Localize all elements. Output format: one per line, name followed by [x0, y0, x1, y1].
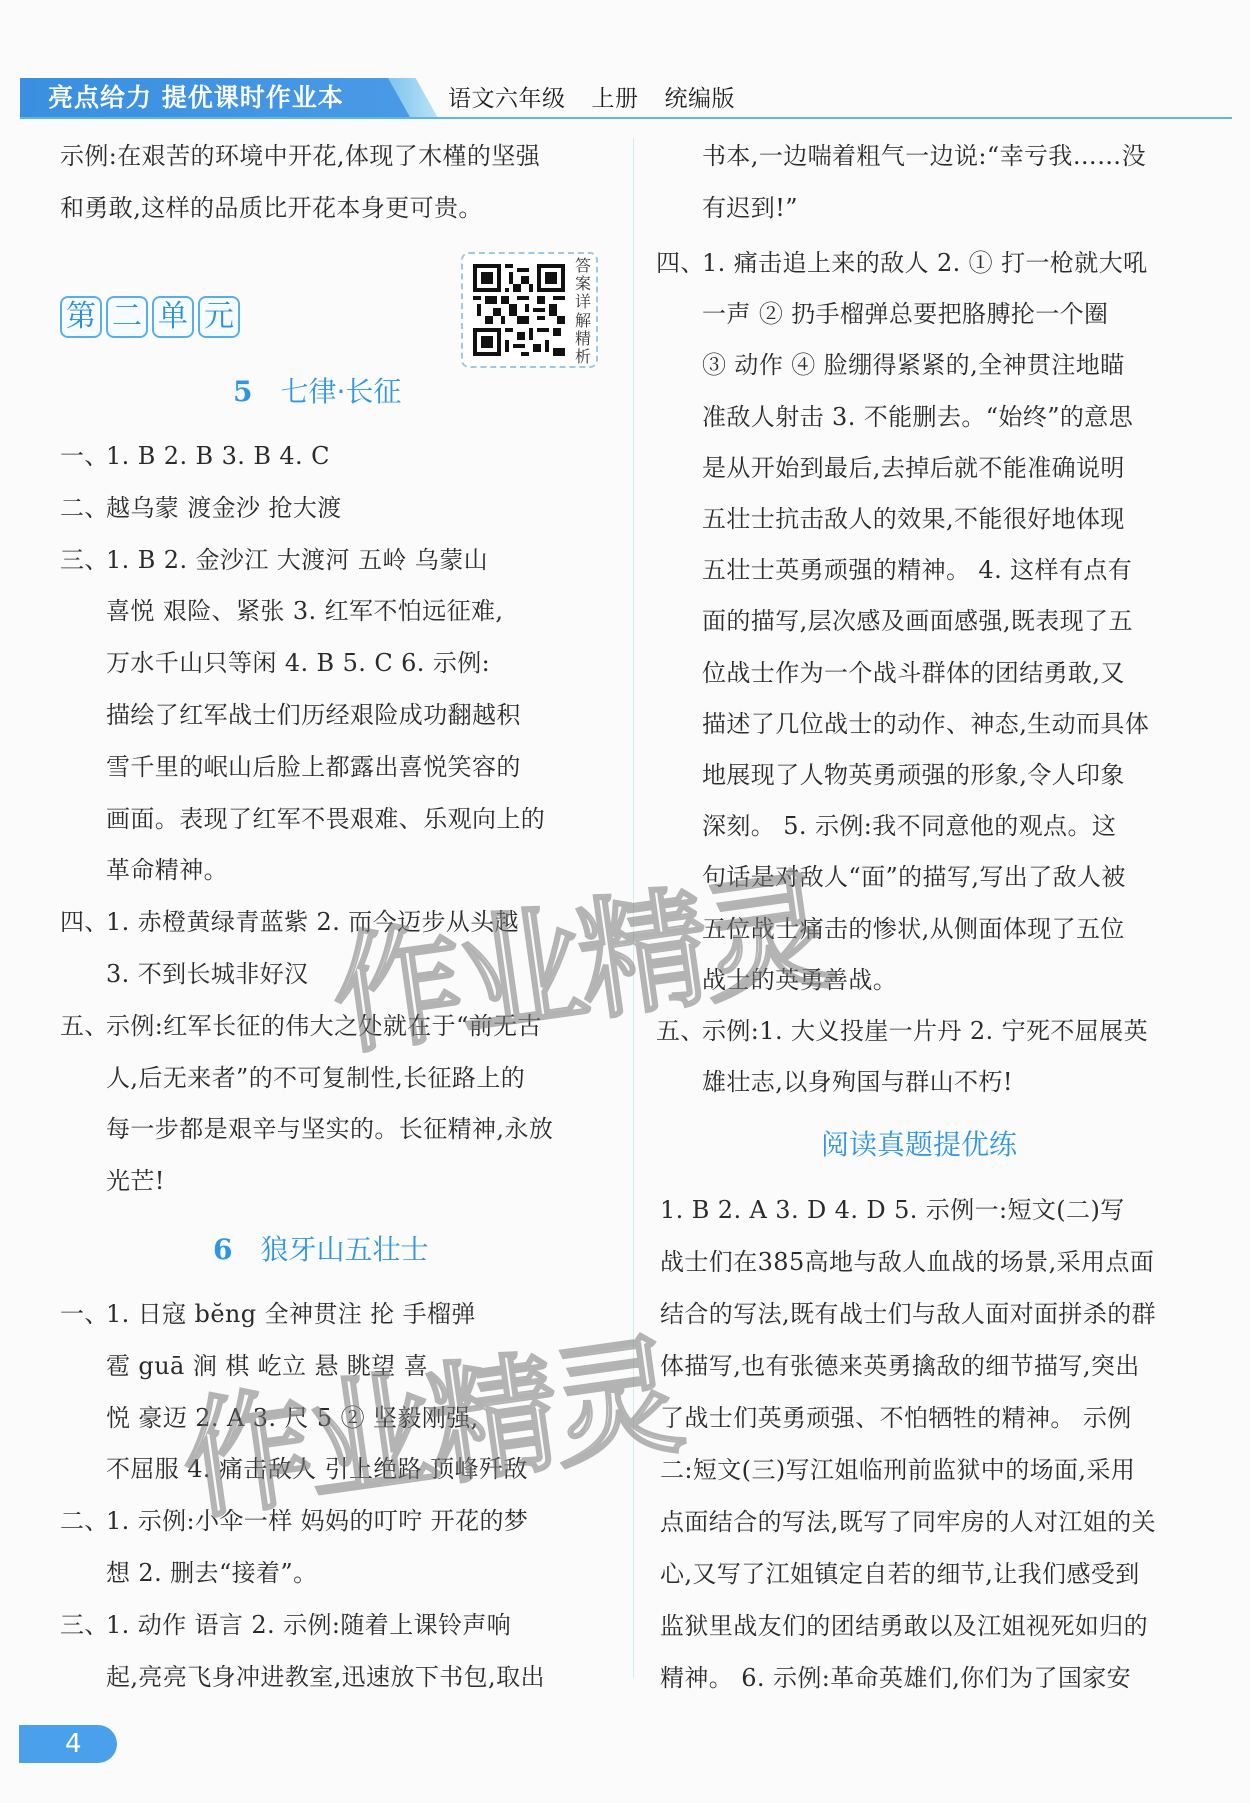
- header-rule: [20, 117, 1232, 119]
- answer-line: 二:短文(三)写江姐临刑前监狱中的场面,采用: [660, 1450, 1135, 1490]
- answer-page: 亮点给力 提优课时作业本 语文六年级上册统编版 示例:在艰苦的环境中开花,体现了…: [0, 0, 1250, 1803]
- answer-line: 深刻。 5. 示例:我不同意他的观点。这: [702, 806, 1116, 846]
- answer-line: 革命精神。: [106, 850, 228, 890]
- answer-line: 1. B 2. A 3. D 4. D 5. 示例一:短文(二)写: [660, 1190, 1125, 1230]
- answer-line: 战士的英勇善战。: [702, 960, 897, 1000]
- answer-line: 1. B 2. B 3. B 4. C: [106, 436, 330, 476]
- answer-line: 喜悦 艰险、紧张 3. 红军不怕远征难,: [106, 591, 503, 631]
- answer-line: 体描写,也有张德来英勇擒敌的细节描写,突出: [660, 1346, 1140, 1386]
- answer-line: 五壮士抗击敌人的效果,不能很好地体现: [702, 499, 1125, 539]
- unit-title: 第 二 单 元: [60, 296, 240, 338]
- answer-line: 1. 示例:小伞一样 妈妈的叮咛 开花的梦: [106, 1501, 528, 1541]
- answer-line: 雪千里的岷山后脸上都露出喜悦笑容的: [106, 747, 521, 787]
- question-number: 一、: [60, 436, 109, 476]
- answer-line: 1. 赤橙黄绿青蓝紫 2. 而今迈步从头越: [106, 902, 519, 942]
- answer-line: 示例:红军长征的伟大之处就在于“前无古: [106, 1006, 542, 1046]
- question-number: 三、: [60, 540, 109, 580]
- answer-line: 五位战士痛击的惨状,从侧面体现了五位: [702, 909, 1125, 949]
- book-title: 亮点给力 提优课时作业本: [48, 80, 344, 116]
- qr-label-char: 解: [571, 312, 595, 330]
- page-number: 4: [19, 1725, 117, 1763]
- answer-line: 描绘了红军战士们历经艰险成功翻越积: [106, 695, 521, 735]
- unit-title-char: 二: [106, 296, 148, 338]
- answer-line: 越乌蒙 渡金沙 抢大渡: [106, 488, 342, 528]
- answer-line: 不屈服 4. 痛击敌人 引上绝路 顶峰歼敌: [106, 1449, 528, 1489]
- question-number: 四、: [60, 902, 109, 942]
- question-number: 四、: [656, 243, 705, 283]
- question-number: 一、: [60, 1294, 109, 1334]
- answer-line: 描述了几位战士的动作、神态,生动而具体: [702, 704, 1149, 744]
- answer-line: 起,亮亮飞身冲进教室,迅速放下书包,取出: [106, 1657, 545, 1697]
- lesson-title: 6狼牙山五壮士: [213, 1230, 429, 1270]
- answer-line: 示例:1. 大义投崖一片丹 2. 宁死不屈展英: [702, 1011, 1148, 1051]
- text-line: 有迟到!”: [702, 188, 798, 228]
- column-divider: [633, 138, 634, 1678]
- answer-line: 地展现了人物英勇顽强的形象,令人印象: [702, 755, 1125, 795]
- answer-line: 精神。 6. 示例:革命英雄们,你们为了国家安: [660, 1658, 1131, 1698]
- subject-grade: 语文六年级: [448, 86, 566, 112]
- lesson-name: 狼牙山五壮士: [260, 1233, 428, 1266]
- answer-line: ③ 动作 ④ 脸绷得紧紧的,全神贯注地瞄: [702, 345, 1125, 385]
- question-number: 五、: [656, 1011, 705, 1051]
- unit-title-char: 元: [198, 296, 240, 338]
- qr-code-panel[interactable]: 答 案 详 解 精 析: [461, 252, 598, 368]
- answer-line: 五壮士英勇顽强的精神。 4. 这样有点有: [702, 550, 1132, 590]
- text-line: 示例:在艰苦的环境中开花,体现了木槿的坚强: [60, 136, 540, 176]
- qr-code-icon[interactable]: [473, 264, 565, 356]
- answer-line: 雄壮志,以身殉国与群山不朽!: [702, 1062, 1013, 1102]
- answer-line: 3. 不到长城非好汉: [106, 954, 309, 994]
- question-number: 五、: [60, 1006, 109, 1046]
- answer-line: 了战士们英勇顽强、不怕牺牲的精神。 示例: [660, 1398, 1132, 1438]
- answer-line: 万水千山只等闲 4. B 5. C 6. 示例:: [106, 643, 490, 683]
- qr-label-char: 详: [571, 293, 595, 311]
- qr-label-char: 答: [571, 257, 595, 275]
- answer-line: 句话是对敌人“面”的描写,写出了敌人被: [702, 857, 1126, 897]
- answer-line: 结合的写法,既有战士们与敌人面对面拼杀的群: [660, 1294, 1156, 1334]
- answer-line: 1. 日寇 bĕng 全神贯注 抡 手榴弹: [106, 1294, 476, 1334]
- answer-line: 点面结合的写法,既写了同牢房的人对江姐的关: [660, 1502, 1156, 1542]
- qr-label-char: 案: [571, 275, 595, 293]
- lesson-number: 5: [233, 375, 252, 408]
- unit-title-char: 第: [60, 296, 102, 338]
- answer-line: 面的描写,层次感及画面感强,既表现了五: [702, 601, 1133, 641]
- answer-line: 准敌人射击 3. 不能删去。“始终”的意思: [702, 397, 1133, 437]
- unit-title-char: 单: [152, 296, 194, 338]
- answer-line: 1. 痛击追上来的敌人 2. ① 打一枪就大吼: [702, 243, 1148, 283]
- answer-line: 悦 豪迈 2. A 3. 尺 5 ② 坚毅刚强,: [106, 1398, 479, 1438]
- answer-line: 是从开始到最后,去掉后就不能准确说明: [702, 448, 1125, 488]
- text-line: 和勇敢,这样的品质比开花本身更可贵。: [60, 188, 483, 228]
- answer-line: 位战士作为一个战斗群体的团结勇敢,又: [702, 653, 1125, 693]
- answer-line: 一声 ② 扔手榴弹总要把胳膊抡一个圈: [702, 294, 1108, 334]
- answer-line: 战士们在385高地与敌人血战的场景,采用点面: [660, 1242, 1154, 1282]
- answer-line: 人,后无来者”的不可复制性,长征路上的: [106, 1058, 525, 1098]
- text-line: 书本,一边喘着粗气一边说:“幸亏我……没: [702, 136, 1146, 176]
- question-number: 二、: [60, 1501, 109, 1541]
- qr-label-char: 精: [571, 330, 595, 348]
- qr-label: 答 案 详 解 精 析: [571, 257, 595, 366]
- answer-line: 1. 动作 语言 2. 示例:随着上课铃声响: [106, 1605, 511, 1645]
- qr-label-char: 析: [571, 348, 595, 366]
- lesson-title: 5七律·长征: [233, 372, 401, 412]
- lesson-number: 6: [213, 1233, 232, 1266]
- answer-line: 每一步都是艰辛与坚实的。长征精神,永放: [106, 1109, 553, 1149]
- answer-line: 画面。表现了红军不畏艰难、乐观向上的: [106, 799, 545, 839]
- answer-line: 监狱里战友们的团结勇敢以及江姐视死如归的: [660, 1606, 1148, 1646]
- answer-line: 光芒!: [106, 1161, 165, 1201]
- answer-line: 雹 guā 涧 棋 屹立 悬 眺望 喜: [106, 1346, 428, 1386]
- lesson-name: 七律·长征: [280, 375, 401, 408]
- answer-line: 心,又写了江姐镇定自若的细节,让我们感受到: [660, 1554, 1140, 1594]
- edition: 统编版: [665, 86, 736, 112]
- volume: 上册: [592, 86, 639, 112]
- answer-line: 1. B 2. 金沙江 大渡河 五岭 乌蒙山: [106, 540, 488, 580]
- book-info: 语文六年级上册统编版: [448, 82, 761, 116]
- question-number: 三、: [60, 1605, 109, 1645]
- reading-practice-title: 阅读真题提优练: [821, 1125, 1017, 1165]
- answer-line: 想 2. 删去“接着”。: [106, 1553, 318, 1593]
- question-number: 二、: [60, 488, 109, 528]
